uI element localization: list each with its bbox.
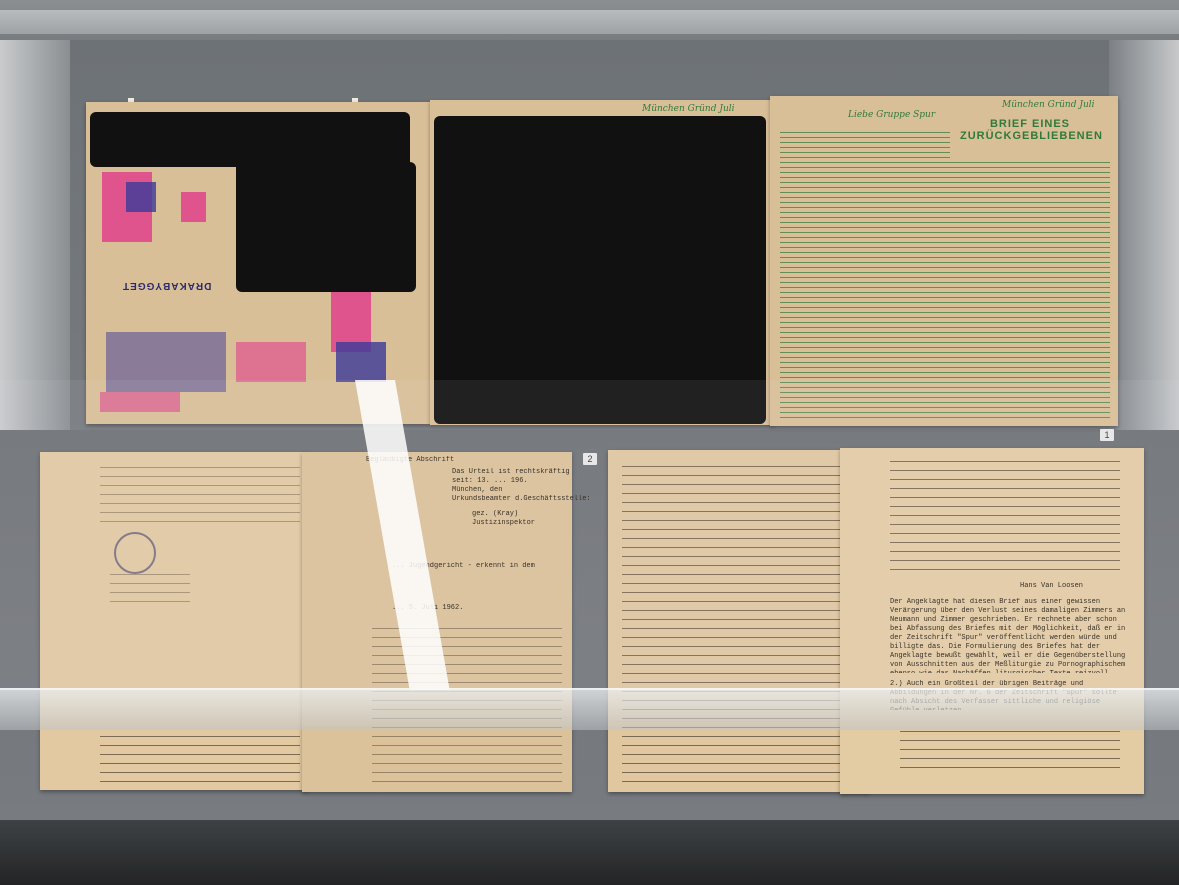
printed-title-line1: BRIEF EINES <box>960 118 1100 130</box>
handwritten-header: München Gründ Juli <box>642 104 735 115</box>
typed-text <box>100 732 300 782</box>
blue-print <box>336 342 386 382</box>
drakabygget-title: DRAKABYGGET <box>122 280 211 291</box>
handwritten-header: München Gründ Juli <box>1002 100 1095 111</box>
glass-front-edge <box>0 688 1179 730</box>
pink-print <box>236 342 306 382</box>
display-case-rail <box>0 10 1179 34</box>
drakabygget-sheet: DRAKABYGGET <box>86 102 430 424</box>
handwritten-greeting: Liebe Gruppe Spur <box>848 110 935 121</box>
handwritten-text <box>780 128 950 158</box>
typed-text <box>900 728 1120 768</box>
display-case-base <box>0 820 1179 885</box>
black-paint <box>90 112 410 167</box>
glass-reflection <box>0 380 1179 700</box>
printed-title: BRIEF EINES ZURÜCKGEBLIEBENEN <box>960 118 1100 142</box>
black-paint <box>236 162 416 292</box>
letter-sheet: München Gründ Juli Liebe Gruppe Spur BRI… <box>770 96 1118 426</box>
blue-print <box>126 182 156 212</box>
pink-print <box>181 192 206 222</box>
black-painted-sheet: München Gründ Juli <box>430 100 774 425</box>
printed-title-line2: ZURÜCKGEBLIEBENEN <box>960 130 1100 142</box>
black-paint <box>434 116 766 424</box>
